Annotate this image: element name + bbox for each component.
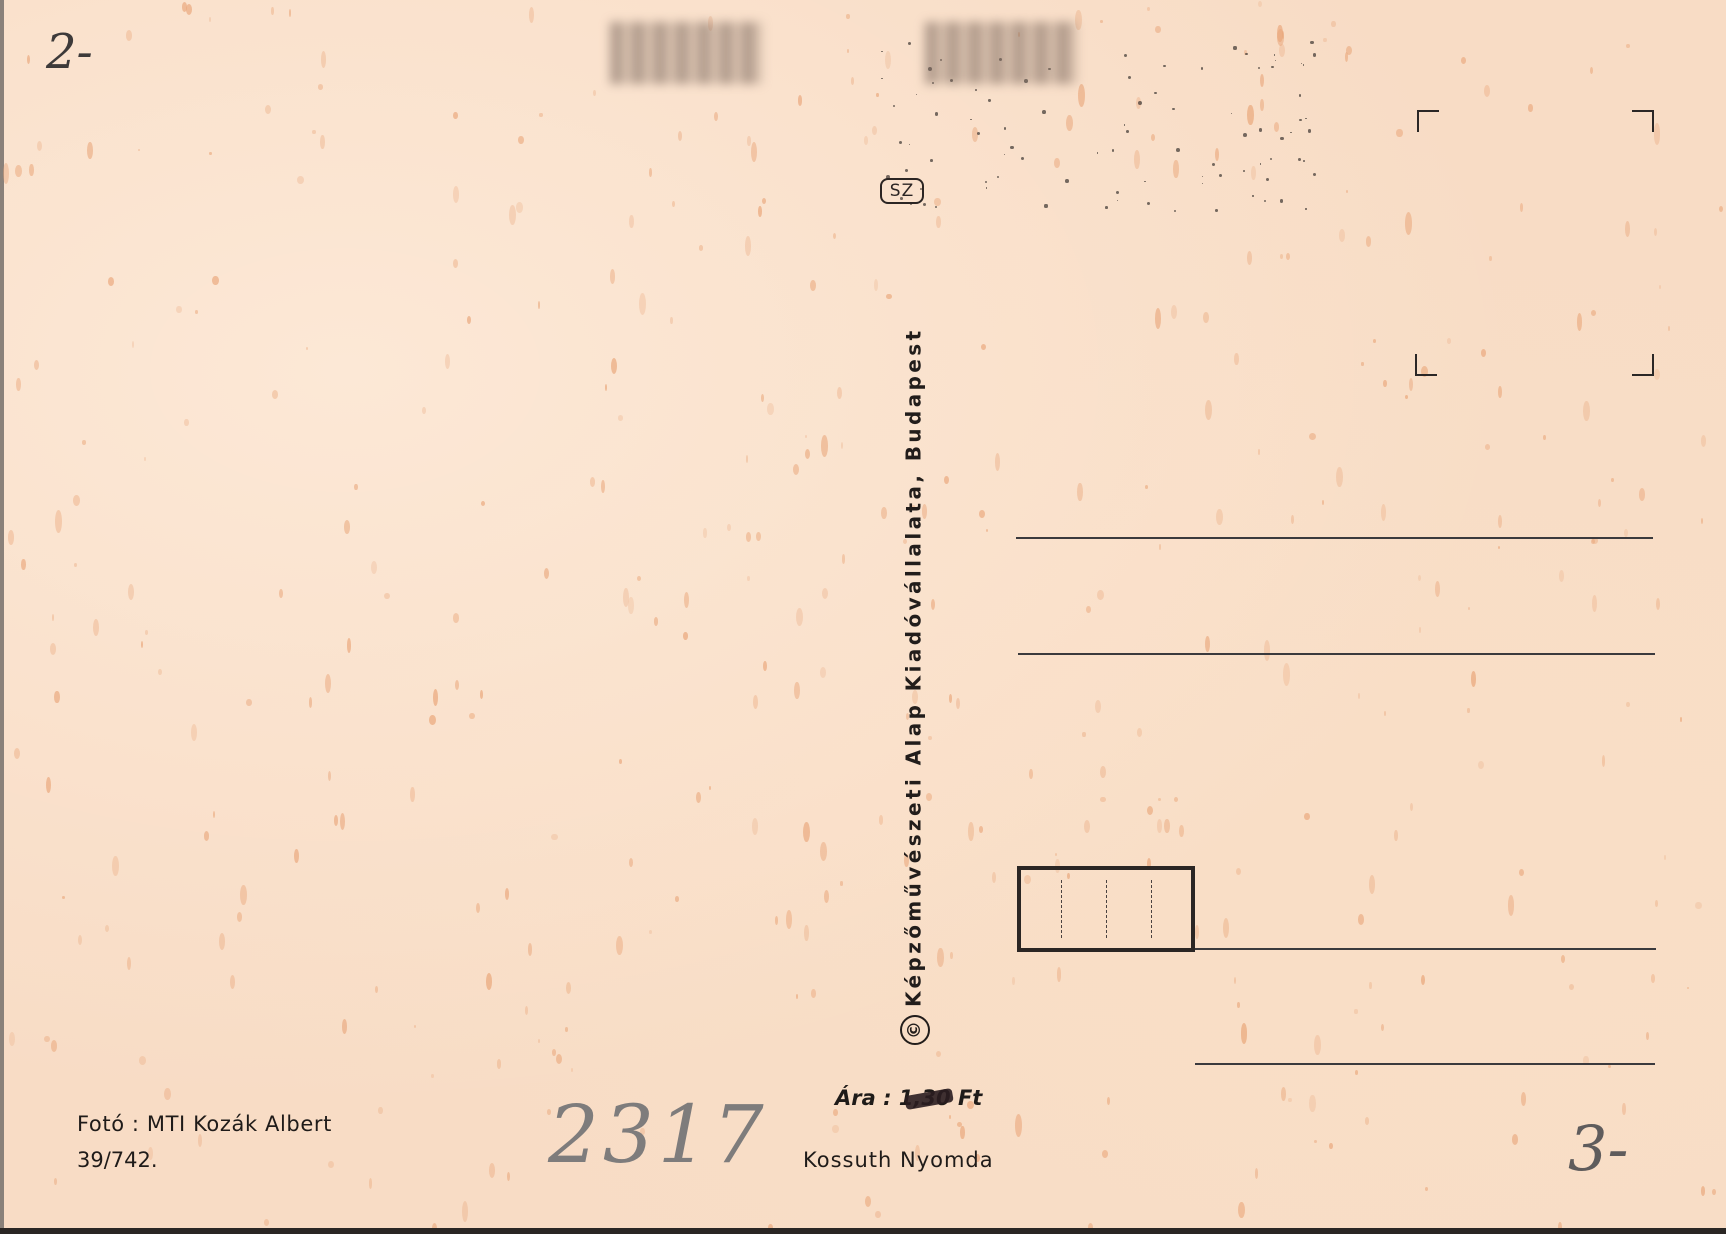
blurred-mark-right xyxy=(925,22,1077,84)
address-line-2 xyxy=(1018,653,1655,655)
blurred-mark-left xyxy=(610,22,762,84)
price-label: Ára : xyxy=(835,1086,892,1110)
card-number: 39/742. xyxy=(77,1148,158,1172)
address-line-1 xyxy=(1016,537,1653,539)
handwritten-price-bottom-right: 3- xyxy=(1568,1112,1628,1185)
sz-logo: SZ xyxy=(880,178,924,204)
postcode-divider xyxy=(1151,880,1152,938)
handwritten-price-top-left: 2- xyxy=(46,24,93,80)
address-line-3 xyxy=(1193,948,1656,950)
postcode-divider xyxy=(1106,880,1107,938)
copyright-icon: © xyxy=(900,1015,930,1045)
stamp-corner-top-right xyxy=(1632,110,1654,132)
stamp-corner-top-left xyxy=(1417,110,1439,132)
postcode-box xyxy=(1017,866,1195,952)
address-line-4 xyxy=(1195,1063,1655,1065)
postcard-back: 2- SZ ©Képzőművészeti Alap Kiadóvállalat… xyxy=(0,0,1726,1234)
publisher-line: ©Képzőművészeti Alap Kiadóvállalata, Bud… xyxy=(900,327,930,1045)
stamp-corner-bottom-right xyxy=(1632,354,1654,376)
postcode-divider xyxy=(1061,880,1062,938)
price-currency: Ft xyxy=(958,1086,982,1110)
handwritten-catalog-number: 2317 xyxy=(548,1088,768,1181)
publisher-text: Képzőművészeti Alap Kiadóvállalata, Buda… xyxy=(902,327,926,1007)
photo-credit: Fotó : MTI Kozák Albert xyxy=(77,1112,332,1136)
stamp-corner-bottom-left xyxy=(1415,354,1437,376)
printer-name: Kossuth Nyomda xyxy=(803,1148,994,1172)
